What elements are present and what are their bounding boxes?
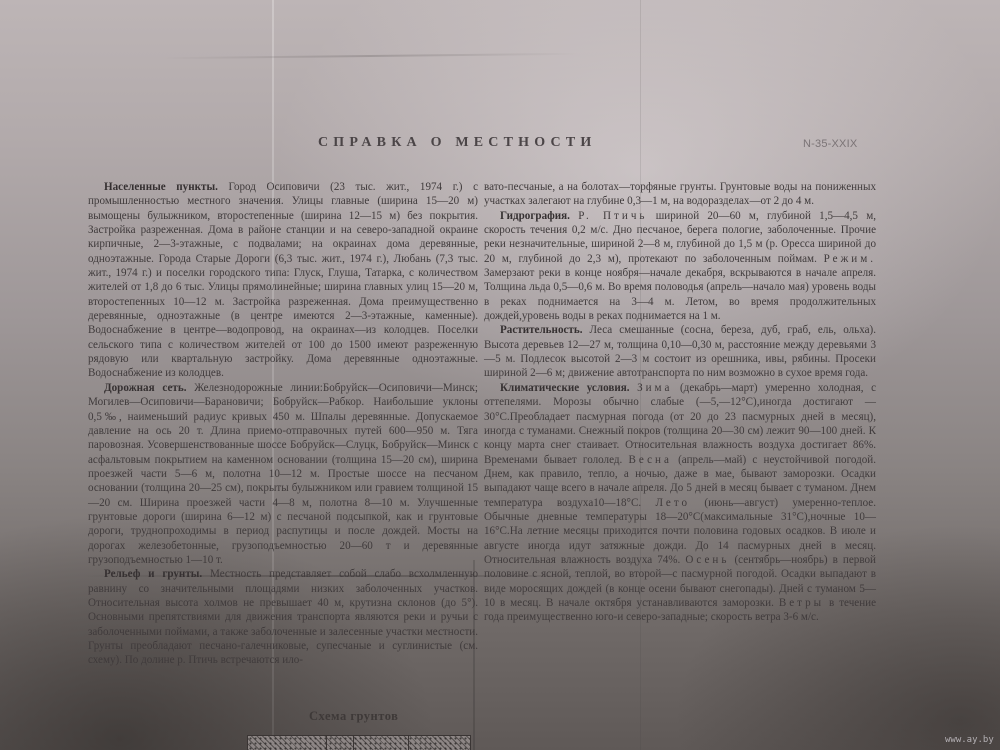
section-text: Железнодорожные линии:Бобруйск—Осиповичи…	[88, 382, 478, 566]
section-vegetation: Растительность. Леса смешанные (сосна, б…	[484, 323, 876, 380]
section-heading: Гидрография.	[500, 210, 570, 222]
section-settlements: Населенные пункты. Город Осиповичи (23 т…	[88, 180, 478, 381]
season-summer: Лето	[655, 497, 690, 509]
section-heading: Рельеф и грунты.	[104, 568, 202, 580]
section-climate: Климатические условия. Зима (декабрь—мар…	[484, 381, 876, 625]
text-column-right: вато-песчаные, а на болотах—торфяные гру…	[484, 180, 876, 625]
winds-label: Ветры	[779, 597, 824, 609]
section-text: вато-песчаные, а на болотах—торфяные гру…	[484, 181, 876, 207]
section-relief: Рельеф и грунты. Местность представляет …	[88, 567, 478, 667]
soil-scheme-title: Схема грунтов	[309, 709, 398, 724]
section-text: Замерзают реки в конце ноября—начале дек…	[484, 267, 876, 322]
watermark: www.ay.by	[945, 735, 994, 745]
section-relief-continued: вато-песчаные, а на болотах—торфяные гру…	[484, 180, 876, 209]
subheading-regime: Режим.	[824, 253, 876, 265]
text-column-left: Населенные пункты. Город Осиповичи (23 т…	[88, 180, 478, 668]
season-winter: Зима	[637, 382, 672, 394]
scheme-divider	[353, 736, 354, 750]
map-sheet-code: N-35-XXIX	[803, 138, 857, 150]
section-roads: Дорожная сеть. Железнодорожные линии:Боб…	[88, 381, 478, 567]
section-heading: Дорожная сеть.	[104, 382, 186, 394]
section-heading: Растительность.	[500, 324, 583, 336]
season-spring: Весна	[629, 454, 672, 466]
section-heading: Климатические условия.	[500, 382, 630, 394]
paper-crease	[160, 53, 580, 59]
season-autumn: Осень	[685, 554, 729, 566]
section-heading: Населенные пункты.	[104, 181, 218, 193]
document-title: СПРАВКА О МЕСТНОСТИ	[318, 135, 596, 151]
scheme-divider	[408, 736, 409, 750]
section-hydrography: Гидрография. Р. Птичь шириной 20—60 м, г…	[484, 209, 876, 324]
river-name: Р. Птичь	[578, 210, 647, 222]
section-text: Местность представляет собой слабо всхол…	[88, 568, 478, 666]
soil-scheme-map	[247, 735, 471, 750]
section-text: Город Осиповичи (23 тыс. жит., 1974 г.) …	[88, 181, 478, 379]
scheme-divider	[326, 736, 327, 750]
